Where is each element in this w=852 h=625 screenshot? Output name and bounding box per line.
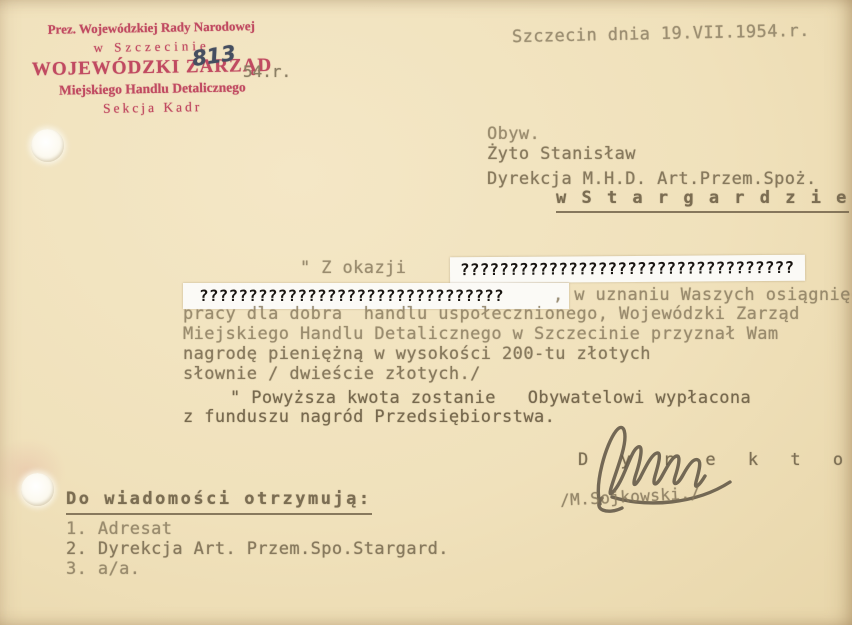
body-line3: pracy dla dobra handlu uspołecznionego, … <box>183 304 800 324</box>
typed-date-fragment: 54.r. <box>243 62 291 81</box>
recipient-city-underlined: w S t a r g a r d z i e <box>556 188 849 213</box>
body-line2-tail: , w uznaniu Waszych osiągnięć <box>553 285 852 305</box>
body-line6: słownie / dwieście złotych./ <box>183 364 481 384</box>
stamp-line-city: w Szczecinie <box>18 37 286 58</box>
scanned-letter: Prez. Wojewódzkiej Rady Narodowej w Szcz… <box>0 0 852 625</box>
recipient-organization: Dyrekcja M.H.D. Art.Przem.Spoż. <box>487 169 817 189</box>
body-opening: " Z okazji <box>300 258 406 278</box>
body-line4: Miejskiego Handlu Detalicznego w Szczeci… <box>183 324 779 344</box>
redaction-block-1: ?????????????????????????????????? <box>450 255 805 283</box>
body-paragraph2-line1: " Powyższa kwota zostanie Obywatelowi wy… <box>230 388 751 408</box>
dateline: Szczecin dnia 19.VII.1954.r. <box>512 21 810 47</box>
distribution-item-3: 3. a/a. <box>66 559 140 579</box>
body-line5: nagrodę pieniężną w wysokości 200-tu zło… <box>183 344 651 364</box>
punch-hole-bottom <box>21 473 54 506</box>
body-paragraph2-line2: z funduszu nagród Przedsiębiorstwa. <box>183 407 555 427</box>
recipient-name: Żyto Stanisław <box>487 144 636 164</box>
distribution-heading: Do wiadomości otrzymują: <box>66 489 372 515</box>
stamp-line-section: Sekcja Kadr <box>19 98 287 119</box>
distribution-item-1: 1. Adresat <box>66 519 172 539</box>
punch-hole-top <box>31 129 64 162</box>
distribution-item-2: 2. Dyrekcja Art. Przem.Spo.Stargard. <box>66 539 449 559</box>
stamp-line-dept: Miejskiego Handlu Detalicznego <box>18 79 286 100</box>
recipient-salutation: Obyw. <box>487 124 540 144</box>
stamp-line-authority: Prez. Wojewódzkiej Rady Narodowej <box>17 18 285 39</box>
